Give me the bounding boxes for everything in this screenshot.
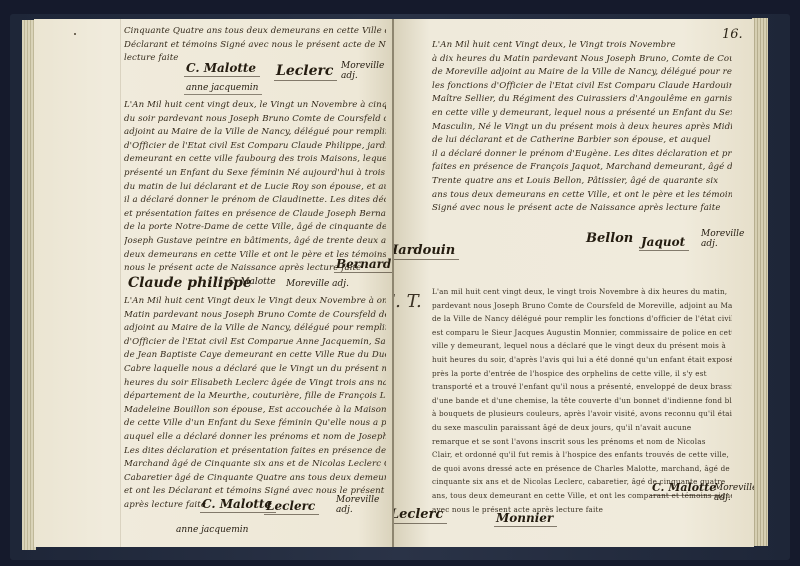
text-line: pardevant nous Joseph Bruno Comte de Cou… (432, 299, 732, 313)
text-line: est comparu le Sieur Jacques Augustin Mo… (432, 326, 732, 340)
text-line: de cette Ville d'un Enfant du Sexe fémin… (124, 417, 386, 431)
text-line: près la porte d'entrée de l'hospice des … (432, 367, 732, 381)
text-line: du matin de lui déclarant et de Lucie Ro… (124, 181, 386, 195)
signature: anne jacquemin (184, 83, 262, 95)
text-line: Cabre laquelle nous a déclaré que le Vin… (124, 363, 386, 377)
text-line: département de la Meurthe, couturière, f… (124, 390, 386, 404)
signature: C. Malotte (184, 61, 260, 77)
text-line: il a déclaré donner le prénom de Claudin… (124, 194, 386, 208)
signature: Moreville adj. (334, 495, 394, 516)
signature: Monnier (494, 511, 557, 527)
text-line: de Jean Baptiste Caye demeurant en cette… (124, 349, 386, 363)
text-line: adjoint au Maire de la Ville de Nancy, d… (124, 126, 386, 140)
signature: Leclerc (394, 507, 447, 524)
text-line: Marchand âgé de Cinquante six ans et de … (124, 458, 386, 472)
text-line: L'An Mil huit cent Vingt deux, le Vingt … (432, 39, 732, 53)
text-line: Madeleine Bouillon son épouse, Est accou… (124, 404, 386, 418)
signature: C. Malotte (226, 277, 280, 288)
signature: anne jacquemin (174, 525, 252, 536)
text-line: de lui déclarant et de Catherine Barbier… (432, 134, 732, 148)
text-line: L'An Mil huit cent vingt deux, le Vingt … (124, 99, 386, 113)
text-line: heures du soir Elisabeth Leclerc âgée de… (124, 377, 386, 391)
text-line: de la porte Notre-Dame de cette Ville, â… (124, 221, 386, 235)
text-line: transporté et a trouvé l'enfant qu'il no… (432, 380, 732, 394)
text-line: huit heures du soir, d'après l'avis qui … (432, 353, 732, 367)
text-line: Maître Sellier, du Régiment des Cuirassi… (432, 93, 732, 107)
text-line: Masculin, Né le Vingt un du présent mois… (432, 121, 732, 135)
text-line: de Moreville adjoint au Maire de la Vill… (432, 66, 732, 80)
text-line: du soir pardevant nous Joseph Bruno Comt… (124, 113, 386, 127)
text-line: faites en présence de François Jaquot, M… (432, 161, 732, 175)
text-line: remarque et se sont l'avons inscrit sous… (432, 435, 732, 449)
text-line: ville y demeurant, lequel nous a déclaré… (432, 339, 732, 353)
margin-note: E. T. (394, 291, 422, 312)
text-line: Signé avec nous le présent acte de Naiss… (432, 202, 732, 216)
text-line: ans tous deux demeurans en cette Ville, … (432, 189, 732, 203)
signature: Bellon (584, 231, 637, 247)
page-edges-right (752, 18, 768, 546)
text-line: de quoi avons dressé acte en présence de… (432, 462, 732, 476)
signature: Leclerc (264, 499, 319, 515)
signature: C. Malotte (650, 481, 720, 496)
text-line: Cabaretier âgé de Cinquante Quatre ans t… (124, 472, 386, 486)
text-line: et présentation faites en présence de Cl… (124, 208, 386, 222)
margin-line (120, 19, 121, 547)
signature: Moreville adj. (712, 483, 754, 504)
text-line: d'une bande et d'une chemise, la tête co… (432, 394, 732, 408)
entry-claudinette: L'An Mil huit cent vingt deux, le Vingt … (124, 99, 386, 276)
text-line: Trente quatre ans et Louis Bellon, Pâtis… (432, 175, 732, 189)
text-line: présenté un Enfant du Sexe féminin Né au… (124, 167, 386, 181)
text-line: à dix heures du Matin pardevant Nous Jos… (432, 53, 732, 67)
signature: Moreville adj. (339, 61, 394, 82)
left-page: Cinquante Quatre ans tous deux demeurans… (34, 19, 394, 547)
text-line: auquel elle a déclaré donner les prénoms… (124, 431, 386, 445)
text-line: Matin pardevant nous Joseph Bruno Comte … (124, 309, 386, 323)
signature: Jaquot (639, 235, 689, 251)
signature: Leclerc (274, 63, 337, 81)
text-line: Clair, et ordonné qu'il fut remis à l'ho… (432, 448, 732, 462)
text-line: L'an mil huit cent vingt deux, le vingt … (432, 285, 732, 299)
ink-speck (74, 33, 76, 35)
right-page: 16. L'An Mil huit cent Vingt deux, le Vi… (394, 19, 754, 547)
text-line: L'An Mil huit cent Vingt deux le Vingt d… (124, 295, 386, 309)
text-line: du sexe masculin paraissant âgé de deux … (432, 421, 732, 435)
text-line: Cinquante Quatre ans tous deux demeurans… (124, 25, 386, 39)
text-line: adjoint au Maire de la Ville de Nancy, d… (124, 322, 386, 336)
text-line: avec nous le présent acte après lecture … (432, 503, 732, 517)
entry-josephine: L'An Mil huit cent Vingt deux le Vingt d… (124, 295, 386, 513)
entry-continued: Cinquante Quatre ans tous deux demeurans… (124, 25, 386, 66)
signature: Moreville adj. (284, 279, 353, 290)
signature: Bernard (334, 257, 394, 273)
text-line: Les dites déclaration et présentation fa… (124, 445, 386, 459)
text-line: Joseph Gustave peintre en bâtiments, âgé… (124, 235, 386, 249)
entry-eugene: L'An Mil huit cent Vingt deux, le Vingt … (432, 39, 732, 216)
text-line: Déclarant et témoins Signé avec nous le … (124, 39, 386, 53)
text-line: à bouquets de plusieurs couleurs, après … (432, 407, 732, 421)
text-line: d'Officier de l'Etat civil Est Comparue … (124, 336, 386, 350)
text-line: il a déclaré donner le prénom d'Eugène. … (432, 148, 732, 162)
text-line: les fonctions d'Officier de l'Etat civil… (432, 80, 732, 94)
signature: Hardouin (394, 243, 459, 260)
text-line: d'Officier de l'Etat civil Est Comparu C… (124, 140, 386, 154)
signature: Moreville adj. (699, 229, 754, 250)
text-line: en cette ville y demeurant, lequel nous … (432, 107, 732, 121)
text-line: de la Ville de Nancy délégué pour rempli… (432, 312, 732, 326)
text-line: demeurant en cette ville faubourg des tr… (124, 153, 386, 167)
